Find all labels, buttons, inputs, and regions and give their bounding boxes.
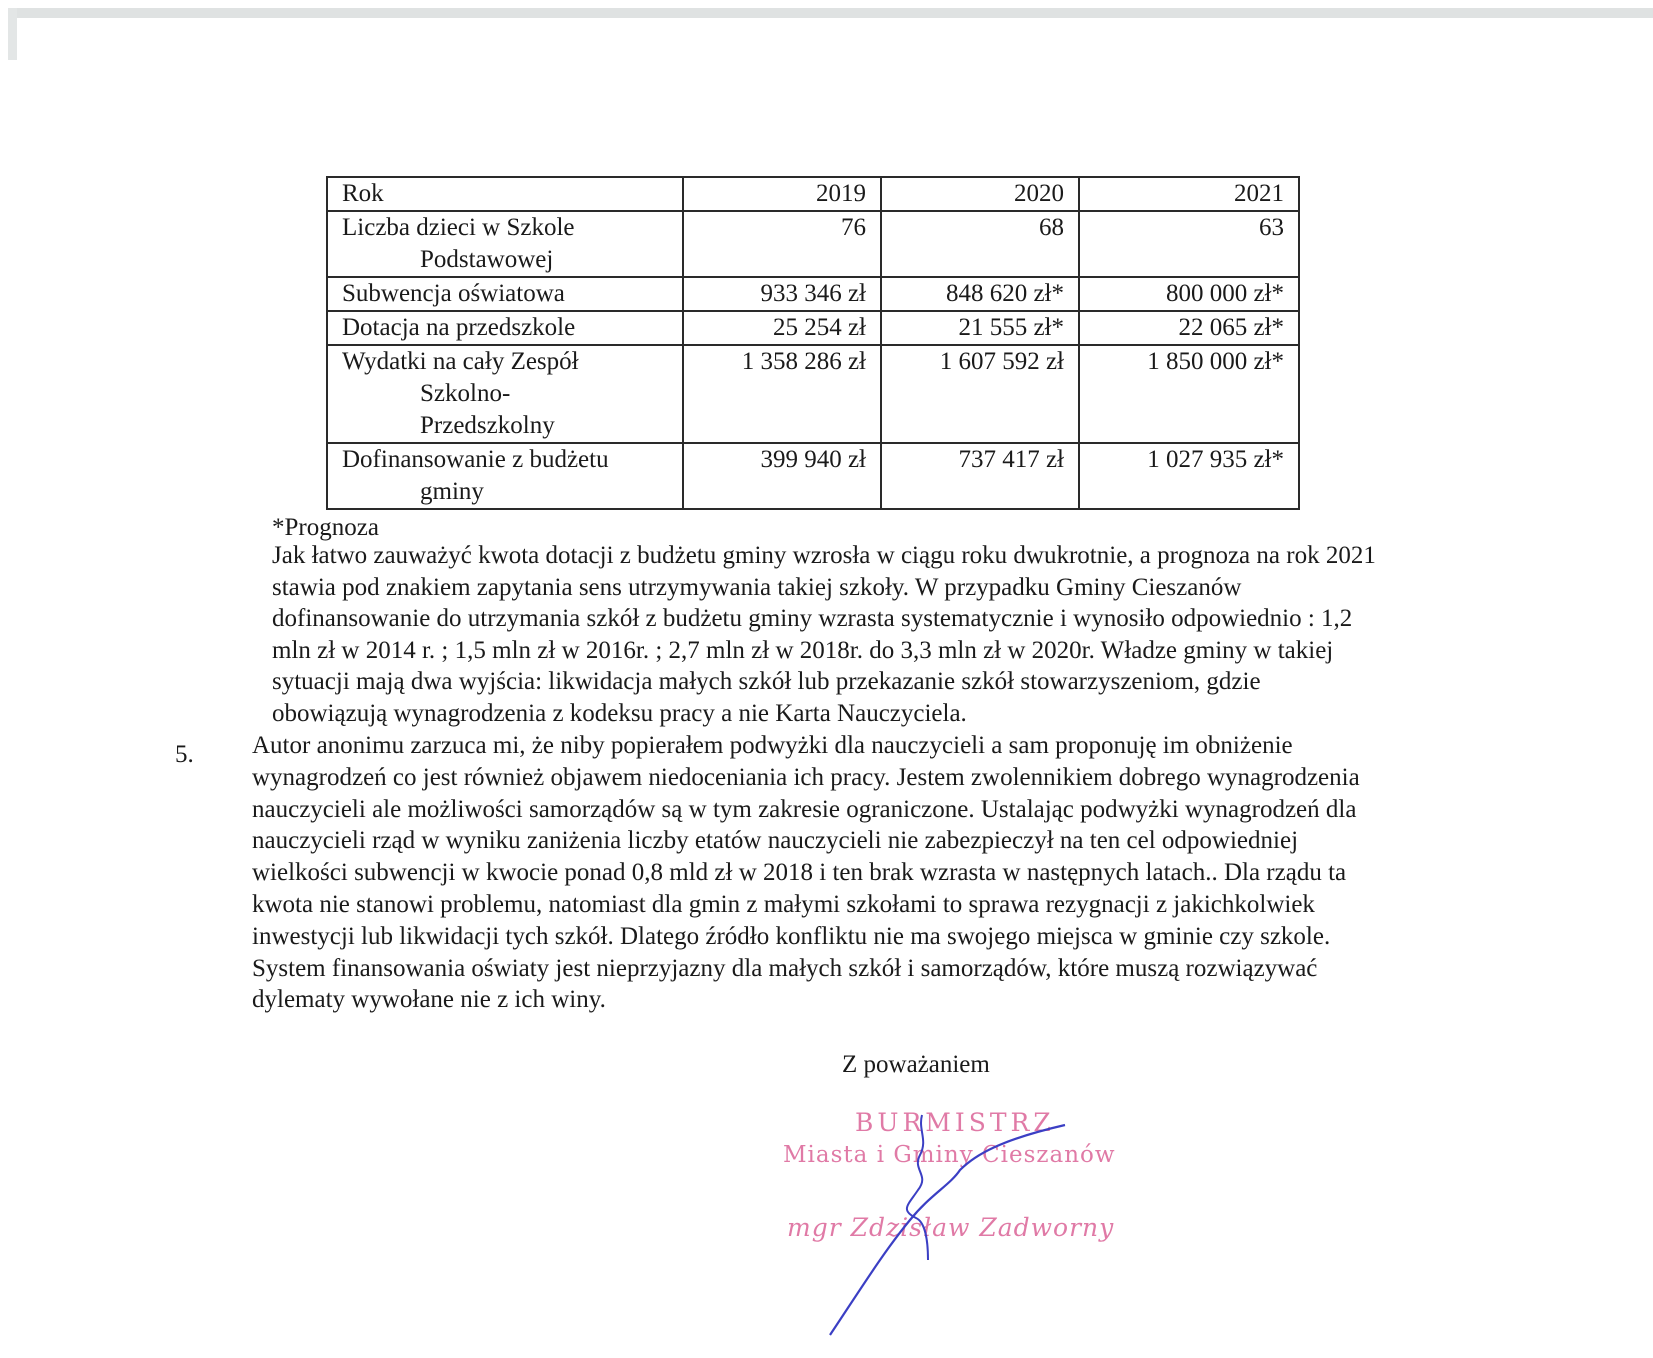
row-label: Dofinansowanie z budżetu gminy <box>327 443 683 509</box>
table-row: Wydatki na cały Zespół Szkolno- Przedszk… <box>327 345 1299 443</box>
cell-2021: 800 000 zł* <box>1079 277 1299 311</box>
text-line: sytuacji mają dwa wyjścia: likwidacja ma… <box>272 666 1512 698</box>
row-label-line: Podstawowej <box>342 244 668 276</box>
cell-2019: 933 346 zł <box>683 277 881 311</box>
row-label: Dotacja na przedszkole <box>327 311 683 345</box>
paragraph-funding: Jak łatwo zauważyć kwota dotacji z budże… <box>272 540 1512 729</box>
table-row: Liczba dzieci w Szkole Podstawowej 76 68… <box>327 211 1299 277</box>
paragraph-item-5: Autor anonimu zarzuca mi, że niby popier… <box>252 730 1512 1016</box>
table-row: Dofinansowanie z budżetu gminy 399 940 z… <box>327 443 1299 509</box>
cell-2021: 1 850 000 zł* <box>1079 345 1299 443</box>
document-page: Rok 2019 2020 2021 Liczba dzieci w Szkol… <box>0 0 1653 1358</box>
text-line: wielkości subwencji w kwocie ponad 0,8 m… <box>252 857 1512 889</box>
text-line: nauczycieli ale możliwości samorządów są… <box>252 794 1512 826</box>
row-label-line: Dofinansowanie z budżetu <box>342 446 609 473</box>
text-line: nauczycieli rząd w wyniku zaniżenia licz… <box>252 825 1512 857</box>
cell-2020: 1 607 592 zł <box>881 345 1079 443</box>
year-2020: 2020 <box>881 177 1079 211</box>
row-label: Subwencja oświatowa <box>327 277 683 311</box>
item-number: 5. <box>175 741 194 769</box>
cell-2020: 737 417 zł <box>881 443 1079 509</box>
cell-2021: 22 065 zł* <box>1079 311 1299 345</box>
row-label-line: Liczba dzieci w Szkole <box>342 214 575 241</box>
table-header-row: Rok 2019 2020 2021 <box>327 177 1299 211</box>
text-line: stawia pod znakiem zapytania sens utrzym… <box>272 572 1512 604</box>
text-line: Autor anonimu zarzuca mi, że niby popier… <box>252 730 1512 762</box>
cell-2019: 1 358 286 zł <box>683 345 881 443</box>
text-line: kwota nie stanowi problemu, natomiast dl… <box>252 889 1512 921</box>
text-line: dylematy wywołane nie z ich winy. <box>252 984 1512 1016</box>
cell-2021: 63 <box>1079 211 1299 277</box>
row-label-line: Szkolno- <box>342 378 668 410</box>
table-row: Dotacja na przedszkole 25 254 zł 21 555 … <box>327 311 1299 345</box>
row-label: Wydatki na cały Zespół Szkolno- Przedszk… <box>327 345 683 443</box>
financial-table: Rok 2019 2020 2021 Liczba dzieci w Szkol… <box>326 176 1300 510</box>
cell-2019: 399 940 zł <box>683 443 881 509</box>
cell-2021: 1 027 935 zł* <box>1079 443 1299 509</box>
handwritten-signature <box>800 1110 1120 1340</box>
row-label-line: Wydatki na cały Zespół <box>342 348 579 375</box>
text-line: mln zł w 2014 r. ; 1,5 mln zł w 2016r. ;… <box>272 635 1512 667</box>
table-row: Subwencja oświatowa 933 346 zł 848 620 z… <box>327 277 1299 311</box>
cell-2020: 68 <box>881 211 1079 277</box>
table-header-label: Rok <box>327 177 683 211</box>
text-line: dofinansowanie do utrzymania szkół z bud… <box>272 603 1512 635</box>
text-line: inwestycji lub likwidacji tych szkół. Dl… <box>252 921 1512 953</box>
text-line: obowiązują wynagrodzenia z kodeksu pracy… <box>272 698 1512 730</box>
closing-salutation: Z poważaniem <box>842 1051 990 1079</box>
year-2019: 2019 <box>683 177 881 211</box>
cell-2020: 21 555 zł* <box>881 311 1079 345</box>
cell-2019: 25 254 zł <box>683 311 881 345</box>
text-line: Jak łatwo zauważyć kwota dotacji z budże… <box>272 540 1512 572</box>
cell-2019: 76 <box>683 211 881 277</box>
row-label-line: gminy <box>342 476 668 508</box>
row-label: Liczba dzieci w Szkole Podstawowej <box>327 211 683 277</box>
text-line: System finansowania oświaty jest nieprzy… <box>252 953 1512 985</box>
year-2021: 2021 <box>1079 177 1299 211</box>
text-line: wynagrodzeń co jest również objawem nied… <box>252 762 1512 794</box>
cell-2020: 848 620 zł* <box>881 277 1079 311</box>
row-label-line: Przedszkolny <box>342 410 668 442</box>
